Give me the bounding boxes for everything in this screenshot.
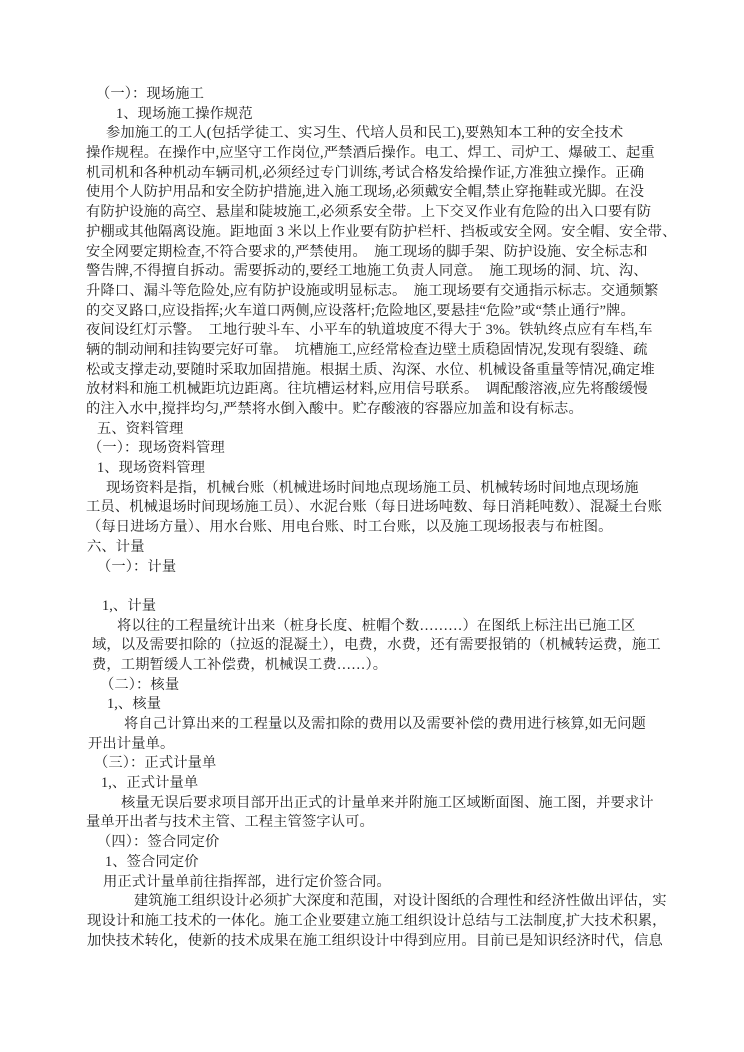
text-line: 参加施工的工人(包括学徒工、实习生、代培人员和民工),要熟知本工种的安全技术: [84, 124, 664, 144]
text-line: （一）：现场施工: [84, 85, 664, 105]
text-line: 量单开出者与技术主管、工程主管签字认可。: [84, 813, 664, 833]
text-line: 机司机和各种机动车辆司机,必须经过专门训练,考试合格发给操作证,方准独立操作。正…: [84, 164, 664, 184]
text-line: 域，以及需要扣除的（拉返的混凝土），电费，水费，还有需要报销的（机械转运费，施工: [84, 636, 664, 656]
document-body: （一）：现场施工1、现场施工操作规范参加施工的工人(包括学徒工、实习生、代培人员…: [84, 85, 664, 951]
text-line: 升降口、漏斗等危险处,应有防护设施或明显标志。 施工现场要有交通指示标志。交通频…: [84, 282, 664, 302]
text-line: 开出计量单。: [84, 735, 664, 755]
document-page: （一）：现场施工1、现场施工操作规范参加施工的工人(包括学徒工、实习生、代培人员…: [0, 0, 744, 1052]
text-line: 现场资料是指，机械台账（机械进场时间地点现场施工员、机械转场时间地点现场施: [84, 479, 664, 499]
text-line: 核量无误后要求项目部开出正式的计量单来并附施工区域断面图、施工图，并要求计: [84, 794, 664, 814]
text-line: 六、计量: [84, 538, 664, 558]
text-line: 建筑施工组织设计必须扩大深度和范围，对设计图纸的合理性和经济性做出评估，实: [84, 892, 664, 912]
text-line: （每日进场方量）、用水台账、用电台账、时工台账，以及施工现场报表与布桩图。: [84, 518, 664, 538]
text-line: 费，工期暂缓人工补偿费，机械误工费……）。: [84, 656, 664, 676]
text-line: 松或支撑走动,要随时采取加固措施。根据土质、沟深、水位、机械设备重量等情况,确定…: [84, 361, 664, 381]
text-line: 使用个人防护用品和安全防护措施,进入施工现场,必须戴安全帽,禁止穿拖鞋或光脚。在…: [84, 183, 664, 203]
text-line: 的交叉路口,应设指挥;火车道口两侧,应设落杆;危险地区,要悬挂“危险”或“禁止通…: [84, 302, 664, 322]
text-line: 1,、核量: [84, 695, 664, 715]
text-line: 辆的制动闸和挂钩要完好可靠。 坑槽施工,应经常检查边壁土质稳固情况,发现有裂缝、…: [84, 341, 664, 361]
text-line: 放材料和施工机械距坑边距离。往坑槽运材料,应用信号联系。 调配酸溶液,应先将酸缓…: [84, 380, 664, 400]
text-line: 的注入水中,搅拌均匀,严禁将水倒入酸中。贮存酸液的容器应加盖和设有标志。: [84, 400, 664, 420]
text-line: 1、签合同定价: [84, 853, 664, 873]
text-line: （三）：正式计量单: [84, 754, 664, 774]
text-line: 护棚或其他隔离设施。距地面 3 米以上作业要有防护栏杆、挡板或安全网。安全帽、安…: [84, 223, 664, 243]
text-line: 将以往的工程量统计出来（桩身长度、桩帽个数………）在图纸上标注出已施工区: [84, 617, 664, 637]
text-line: 有防护设施的高空、悬崖和陡坡施工,必须系安全带。上下交叉作业有危险的出入口要有防: [84, 203, 664, 223]
text-line: 用正式计量单前往指挥部，进行定价签合同。: [84, 873, 664, 893]
text-line: 1,、计量: [84, 597, 664, 617]
text-line: 工员、机械退场时间现场施工员）、水泥台账（每日进场吨数、每日消耗吨数）、混凝土台…: [84, 498, 664, 518]
text-line: 加快技术转化，使新的技术成果在施工组织设计中得到应用。目前已是知识经济时代，信息: [84, 932, 664, 952]
text-line: 操作规程。在操作中,应坚守工作岗位,严禁酒后操作。电工、焊工、司炉工、爆破工、起…: [84, 144, 664, 164]
text-line: 1、现场资料管理: [84, 459, 664, 479]
text-line: 现设计和施工技术的一体化。施工企业要建立施工组织设计总结与工法制度,扩大技术积累…: [84, 912, 664, 932]
text-line: 将自己计算出来的工程量以及需扣除的费用以及需要补偿的费用进行核算,如无问题: [84, 715, 664, 735]
text-line: （一）：计量: [84, 558, 664, 578]
text-line: 五、资料管理: [84, 420, 664, 440]
text-line: 安全网要定期检查,不符合要求的,严禁使用。 施工现场的脚手架、防护设施、安全标志…: [84, 243, 664, 263]
text-line: （一）：现场资料管理: [84, 439, 664, 459]
text-line: 1,、正式计量单: [84, 774, 664, 794]
text-line: 1、现场施工操作规范: [84, 105, 664, 125]
text-line: 警告牌,不得擅自拆动。需要拆动的,要经工地施工负责人同意。 施工现场的洞、坑、沟…: [84, 262, 664, 282]
text-line: [84, 577, 664, 597]
text-line: 夜间设红灯示警。 工地行驶斗车、小平车的轨道坡度不得大于 3%。铁轨终点应有车档…: [84, 321, 664, 341]
text-line: （二）：核量: [84, 676, 664, 696]
text-line: （四）：签合同定价: [84, 833, 664, 853]
